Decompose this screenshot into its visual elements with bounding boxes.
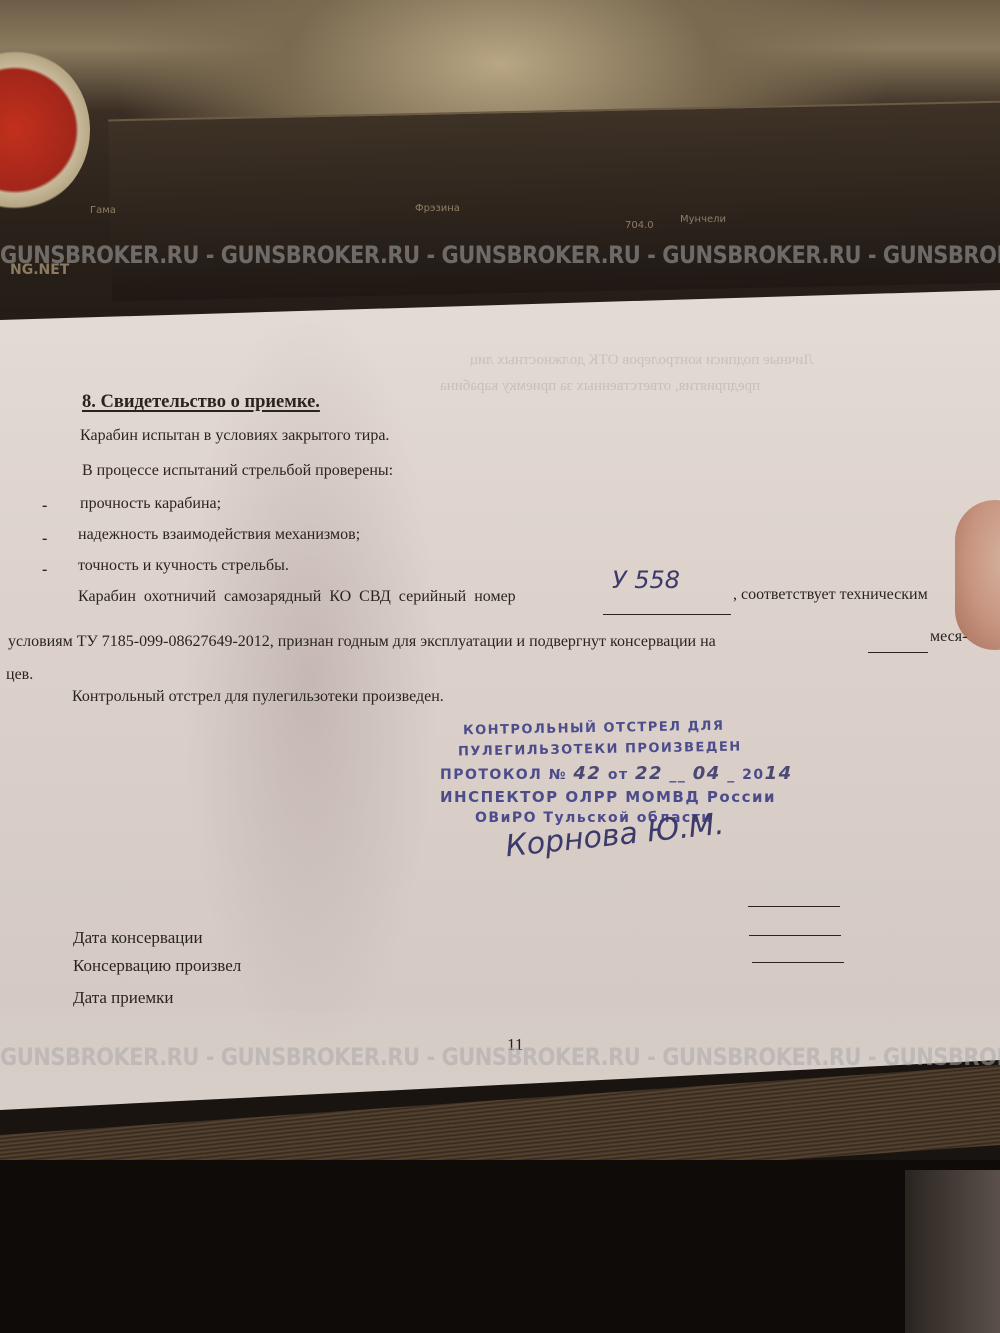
page-shadow [180,300,440,1060]
months-suffix-cont: цев. [6,666,33,684]
stamp-line-3: ПРОТОКОЛ № 42 от 22 __ 04 _ 2014 [440,763,793,784]
map-label: Фрэзина [415,203,460,214]
check-item: надежность взаимодействия механизмов; [78,526,360,544]
protocol-year-suffix: 14 [765,763,793,784]
logo-emblem-icon [0,50,90,210]
field-conservation-date: Дата консервации [73,928,203,948]
protocol-year-prefix: 20 [742,767,764,783]
check-item: точность и кучность стрельбы. [78,557,289,575]
bullet-dash: - [42,561,47,579]
specification-text: условиям ТУ 7185-099-08627649-2012, приз… [8,633,716,651]
control-shot-text: Контрольный отстрел для пулегильзотеки п… [72,688,444,706]
mousepad-map-band [108,101,1000,302]
intro-text: В процессе испытаний стрельбой проверены… [82,462,393,480]
map-label: Гама [90,205,116,216]
watermark-bottom: GUNSBROKER.RU - GUNSBROKER.RU - GUNSBROK… [0,1043,1000,1071]
signature-line [749,935,841,936]
protocol-from: от [608,767,629,783]
watermark-text: GUNSBROKER.RU - GUNSBROKER.RU - GUNSBROK… [0,1043,1000,1071]
serial-number-handwritten: У 558 [612,566,680,594]
protocol-number: 42 [573,763,601,784]
stamp-line-4: ИНСПЕКТОР ОЛРР МОМВД России [440,788,776,806]
bullet-dash: - [42,497,47,515]
serial-paragraph-end: , соответствует техническим [733,586,928,604]
signature-line [752,962,844,963]
map-label: Мунчели [680,214,726,225]
watermark-top: GUNSBROKER.RU - GUNSBROKER.RU - GUNSBROK… [0,241,1000,269]
protocol-label: ПРОТОКОЛ № [440,767,567,783]
bleed-through-text: Личные подписи контролеров ОТК должностн… [470,352,814,369]
desk-right-panel [905,1170,1000,1333]
check-item: прочность карабина; [80,495,221,513]
mousepad-background: Гама Фрэзина 704.0 Мунчели NG.NET [0,0,1000,320]
months-suffix: меся- [930,628,967,646]
field-acceptance-date: Дата приемки [73,988,174,1008]
signature-line [748,906,840,907]
bullet-dash: - [42,530,47,548]
serial-paragraph-start: Карабин охотничий самозарядный КО СВД се… [78,588,516,606]
watermark-text: GUNSBROKER.RU - GUNSBROKER.RU - GUNSBROK… [0,241,1000,269]
bleed-through-text: предприятия, ответственных за приемку ка… [440,378,760,395]
months-field [868,638,928,653]
section-heading: 8. Свидетельство о приемке. [82,392,320,413]
map-label: 704.0 [625,220,654,231]
field-conservation-performed-by: Консервацию произвел [73,956,241,976]
desk-surface [0,1160,1000,1333]
protocol-month: 04 [693,763,721,784]
intro-text: Карабин испытан в условиях закрытого тир… [80,427,389,445]
protocol-day: 22 [635,763,663,784]
